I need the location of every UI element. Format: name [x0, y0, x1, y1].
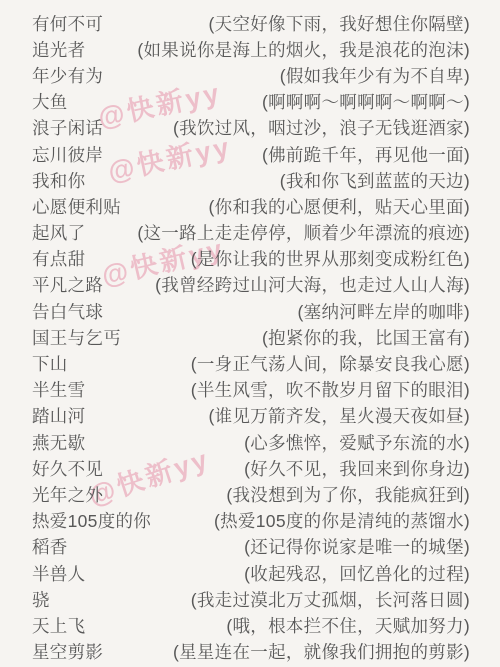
song-row: 追光者 (如果说你是海上的烟火，我是浪花的泡沫): [32, 36, 470, 62]
song-lyric: (抱紧你的我，比国王富有): [121, 325, 470, 350]
song-row: 平凡之路 (我曾经跨过山河大海，也走过人山人海): [32, 272, 470, 298]
song-lyric: (是你让我的世界从那刻变成粉红色): [85, 246, 470, 271]
song-row: 告白气球 (塞纳河畔左岸的咖啡): [32, 298, 470, 324]
song-title: 平凡之路: [32, 272, 103, 297]
song-list: 有何不可 (天空好像下雨，我好想住你隔壁) 追光者 (如果说你是海上的烟火，我是…: [0, 0, 500, 665]
song-lyric: (我饮过风，咽过沙，浪子无钱逛酒家): [103, 115, 470, 140]
song-title: 下山: [32, 351, 68, 376]
song-lyric: (我没想到为了你，我能疯狂到): [103, 482, 470, 507]
song-row: 有点甜 (是你让我的世界从那刻变成粉红色): [32, 246, 470, 272]
song-row: 骁 (我走过漠北万丈孤烟，长河落日圆): [32, 586, 470, 612]
song-row: 半兽人 (收起残忍，回忆兽化的过程): [32, 560, 470, 586]
song-lyric: (佛前跪千年，再见他一面): [103, 142, 470, 167]
song-title: 浪子闲话: [32, 115, 103, 140]
song-title: 年少有为: [32, 63, 103, 88]
song-row: 年少有为 (假如我年少有为不自卑): [32, 62, 470, 88]
song-row: 有何不可 (天空好像下雨，我好想住你隔壁): [32, 10, 470, 36]
song-lyric: (天空好像下雨，我好想住你隔壁): [103, 11, 470, 36]
song-lyric: (半生风雪，吹不散岁月留下的眼泪): [85, 377, 470, 402]
song-row: 心愿便利贴 (你和我的心愿便利，贴天心里面): [32, 193, 470, 219]
song-row: 星空剪影 (星星连在一起，就像我们拥抱的剪影): [32, 639, 470, 665]
song-title: 骁: [32, 587, 50, 612]
song-row: 浪子闲话 (我饮过风，咽过沙，浪子无钱逛酒家): [32, 115, 470, 141]
song-title: 大鱼: [32, 89, 68, 114]
song-lyric: (这一路上走走停停，顺着少年漂流的痕迹): [85, 220, 470, 245]
song-lyric: (热爱105度的你是清纯的蒸馏水): [151, 508, 470, 533]
song-lyric: (你和我的心愿便利，贴天心里面): [121, 194, 470, 219]
song-row: 踏山河 (谁见万箭齐发，星火漫天夜如昼): [32, 403, 470, 429]
song-title: 半兽人: [32, 561, 85, 586]
song-lyric: (好久不见，我回来到你身边): [103, 456, 470, 481]
song-row: 稻香 (还记得你说家是唯一的城堡): [32, 534, 470, 560]
song-title: 心愿便利贴: [32, 194, 121, 219]
song-row: 下山 (一身正气荡人间，除暴安良我心愿): [32, 350, 470, 376]
song-title: 告白气球: [32, 299, 103, 324]
song-title: 有何不可: [32, 11, 103, 36]
song-title: 追光者: [32, 37, 85, 62]
song-title: 国王与乞丐: [32, 325, 121, 350]
song-title: 我和你: [32, 168, 85, 193]
song-title: 燕无歇: [32, 430, 85, 455]
song-row: 忘川彼岸 (佛前跪千年，再见他一面): [32, 141, 470, 167]
song-row: 热爱105度的你 (热爱105度的你是清纯的蒸馏水): [32, 508, 470, 534]
song-title: 有点甜: [32, 246, 85, 271]
song-lyric: (心多憔悴，爱赋予东流的水): [85, 430, 470, 455]
song-lyric: (如果说你是海上的烟火，我是浪花的泡沫): [85, 37, 470, 62]
song-title: 稻香: [32, 534, 68, 559]
song-lyric: (收起残忍，回忆兽化的过程): [85, 561, 470, 586]
song-row: 光年之外 (我没想到为了你，我能疯狂到): [32, 481, 470, 507]
song-lyric: (谁见万箭齐发，星火漫天夜如昼): [85, 403, 470, 428]
song-title: 起风了: [32, 220, 85, 245]
song-row: 我和你 (我和你飞到蓝蓝的天边): [32, 167, 470, 193]
song-lyric: (我走过漠北万丈孤烟，长河落日圆): [50, 587, 470, 612]
song-title: 好久不见: [32, 456, 103, 481]
song-row: 国王与乞丐 (抱紧你的我，比国王富有): [32, 324, 470, 350]
song-title: 半生雪: [32, 377, 85, 402]
song-lyric: (哦，根本拦不住，天赋加努力): [85, 613, 470, 638]
song-row: 半生雪 (半生风雪，吹不散岁月留下的眼泪): [32, 377, 470, 403]
song-row: 好久不见 (好久不见，我回来到你身边): [32, 455, 470, 481]
song-lyric: (一身正气荡人间，除暴安良我心愿): [68, 351, 470, 376]
song-row: 天上飞 (哦，根本拦不住，天赋加努力): [32, 612, 470, 638]
song-row: 燕无歇 (心多憔悴，爱赋予东流的水): [32, 429, 470, 455]
song-title: 光年之外: [32, 482, 103, 507]
song-title: 忘川彼岸: [32, 142, 103, 167]
song-lyric: (我曾经跨过山河大海，也走过人山人海): [103, 272, 470, 297]
song-lyric: (塞纳河畔左岸的咖啡): [103, 299, 470, 324]
song-lyric: (还记得你说家是唯一的城堡): [68, 534, 470, 559]
song-row: 大鱼 (啊啊啊～啊啊啊～啊啊～): [32, 89, 470, 115]
song-lyric: (星星连在一起，就像我们拥抱的剪影): [103, 639, 470, 664]
song-lyric: (假如我年少有为不自卑): [103, 63, 470, 88]
song-lyric: (啊啊啊～啊啊啊～啊啊～): [68, 89, 470, 114]
song-lyrics-page: 有何不可 (天空好像下雨，我好想住你隔壁) 追光者 (如果说你是海上的烟火，我是…: [0, 0, 500, 667]
song-title: 热爱105度的你: [32, 508, 151, 533]
song-title: 星空剪影: [32, 639, 103, 664]
song-title: 天上飞: [32, 613, 85, 638]
song-lyric: (我和你飞到蓝蓝的天边): [85, 168, 470, 193]
song-title: 踏山河: [32, 403, 85, 428]
song-row: 起风了 (这一路上走走停停，顺着少年漂流的痕迹): [32, 220, 470, 246]
